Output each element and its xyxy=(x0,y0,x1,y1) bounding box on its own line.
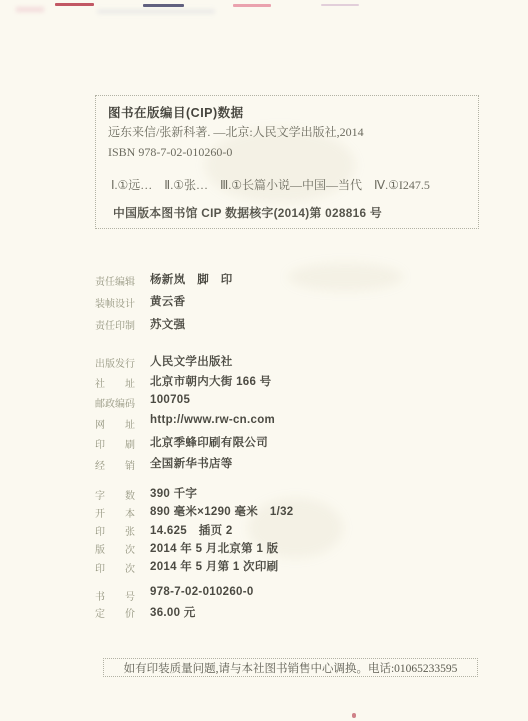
ink-speck xyxy=(352,713,356,718)
field-label: 印 次 xyxy=(95,558,150,575)
cip-classification-line: Ⅰ.①远… Ⅱ.①张… Ⅲ.①长篇小说—中国—当代 Ⅳ.①I247.5 xyxy=(111,176,430,193)
printer-row: 印 刷 北京季蜂印刷有限公司 xyxy=(95,434,268,455)
print-color-bar xyxy=(233,4,271,7)
price-row: 定 价 36.00 元 xyxy=(95,604,254,622)
cip-data-box: 图书在版编目(CIP)数据 远东来信/张新科著. —北京:人民文学出版社,201… xyxy=(95,95,479,229)
field-value: 苏文强 xyxy=(150,316,185,332)
cip-title: 图书在版编目(CIP)数据 xyxy=(108,103,244,121)
field-value: 100705 xyxy=(150,394,190,406)
field-value: 北京季蜂印刷有限公司 xyxy=(150,434,268,450)
field-label: 社 址 xyxy=(95,373,150,390)
printed-sheets-row: 印 张 14.625 插页 2 xyxy=(95,522,293,540)
cip-bibliography-line: 远东来信/张新科著. —北京:人民文学出版社,2014 xyxy=(108,123,364,140)
publisher-section: 出版发行 人民文学出版社 社 址 北京市朝内大街 166 号 邮政编码 1007… xyxy=(95,353,275,435)
field-label: 经 销 xyxy=(95,455,150,472)
field-label: 印 张 xyxy=(95,522,150,539)
distributor-row: 经 销 全国新华书店等 xyxy=(95,455,268,476)
field-value: 全国新华书店等 xyxy=(150,455,233,471)
printing-section: 印 刷 北京季蜂印刷有限公司 经 销 全国新华书店等 xyxy=(95,434,268,476)
field-label: 书 号 xyxy=(95,586,150,603)
field-value: 杨新岚 脚 印 xyxy=(150,271,233,287)
edition-row: 版 次 2014 年 5 月北京第 1 版 xyxy=(95,540,293,558)
field-label: 开 本 xyxy=(95,503,150,520)
field-label: 印 刷 xyxy=(95,434,150,451)
field-value: 36.00 元 xyxy=(150,604,196,620)
print-supervisor-row: 责任印制 苏文强 xyxy=(95,316,233,338)
field-label: 网 址 xyxy=(95,414,150,431)
field-value: 2014 年 5 月北京第 1 版 xyxy=(150,540,278,556)
specs-section: 字 数 390 千字 开 本 890 毫米×1290 毫米 1/32 印 张 1… xyxy=(95,485,293,576)
field-label: 责任印制 xyxy=(95,316,150,333)
field-value: 黄云香 xyxy=(150,293,185,309)
website-row: 网 址 http://www.rw-cn.com xyxy=(95,414,275,434)
ink-smudge xyxy=(97,9,215,14)
book-copyright-page: 图书在版编目(CIP)数据 远东来信/张新科著. —北京:人民文学出版社,201… xyxy=(0,0,528,721)
ink-smudge xyxy=(16,7,44,12)
cip-isbn-line: ISBN 978-7-02-010260-0 xyxy=(108,145,232,160)
print-color-bar xyxy=(55,3,94,6)
field-value: 14.625 插页 2 xyxy=(150,522,233,538)
field-label: 装帧设计 xyxy=(95,293,150,310)
print-color-bar xyxy=(143,4,184,7)
quality-notice-text: 如有印装质量问题,请与本社图书销售中心调换。电话:01065233595 xyxy=(124,660,458,676)
field-label: 字 数 xyxy=(95,485,150,502)
showthrough-ghost xyxy=(288,263,403,291)
word-count-row: 字 数 390 千字 xyxy=(95,485,293,503)
book-number-row: 书 号 978-7-02-010260-0 xyxy=(95,586,254,604)
format-row: 开 本 890 毫米×1290 毫米 1/32 xyxy=(95,503,293,521)
field-value: 北京市朝内大街 166 号 xyxy=(150,373,271,389)
responsible-editor-row: 责任编辑 杨新岚 脚 印 xyxy=(95,271,233,293)
field-label: 版 次 xyxy=(95,540,150,557)
field-value: 2014 年 5 月第 1 次印刷 xyxy=(150,558,278,574)
publisher-row: 出版发行 人民文学出版社 xyxy=(95,353,275,373)
cip-record-number: 中国版本图书馆 CIP 数据核字(2014)第 028816 号 xyxy=(113,204,382,221)
field-label: 邮政编码 xyxy=(95,394,150,411)
staff-credits-section: 责任编辑 杨新岚 脚 印 装帧设计 黄云香 责任印制 苏文强 xyxy=(95,271,233,338)
field-value: 人民文学出版社 xyxy=(150,353,233,369)
field-value: 890 毫米×1290 毫米 1/32 xyxy=(150,503,293,519)
field-value: 390 千字 xyxy=(150,485,197,501)
field-label: 责任编辑 xyxy=(95,271,150,288)
field-label: 出版发行 xyxy=(95,353,150,370)
binding-designer-row: 装帧设计 黄云香 xyxy=(95,293,233,315)
impression-row: 印 次 2014 年 5 月第 1 次印刷 xyxy=(95,558,293,576)
website-url: http://www.rw-cn.com xyxy=(150,414,275,426)
quality-notice-box: 如有印装质量问题,请与本社图书销售中心调换。电话:01065233595 xyxy=(103,658,478,677)
address-row: 社 址 北京市朝内大街 166 号 xyxy=(95,373,275,393)
field-value: 978-7-02-010260-0 xyxy=(150,586,254,598)
postcode-row: 邮政编码 100705 xyxy=(95,394,275,414)
print-color-bar xyxy=(321,4,359,6)
book-number-section: 书 号 978-7-02-010260-0 定 价 36.00 元 xyxy=(95,586,254,621)
field-label: 定 价 xyxy=(95,604,150,621)
